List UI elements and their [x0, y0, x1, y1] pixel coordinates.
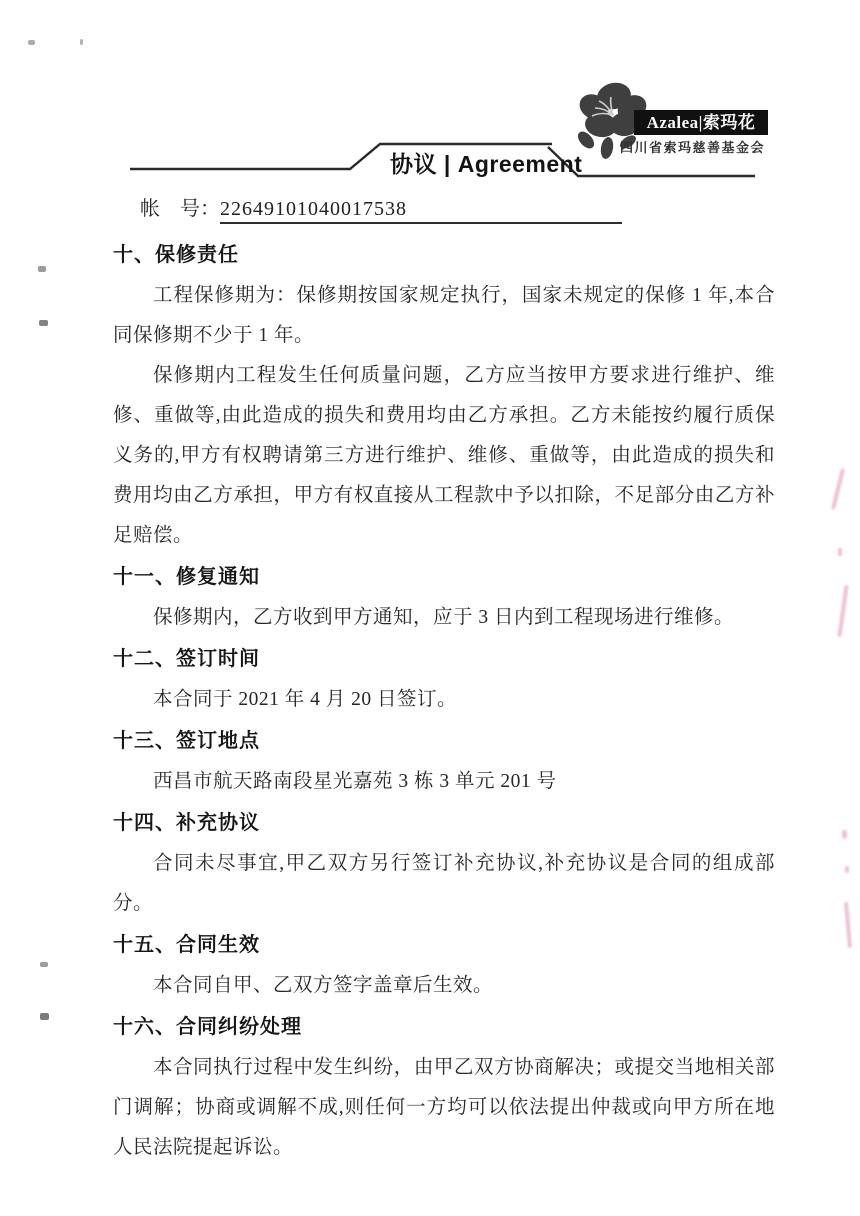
- scan-speck: [40, 1013, 49, 1020]
- account-number: 22649101040017538: [220, 198, 622, 224]
- red-bleed-mark: [831, 468, 845, 510]
- section-paragraph: 本合同于 2021 年 4 月 20 日签订。: [113, 680, 775, 720]
- logo-org-name: 四川省索玛慈善基金会: [620, 137, 770, 156]
- scan-speck: [80, 39, 83, 45]
- document-title: 协议 | Agreement: [390, 146, 582, 179]
- red-bleed-mark: [845, 866, 849, 873]
- section-10: 十、保修责任 工程保修期为：保修期按国家规定执行，国家未规定的保修 1 年,本合…: [113, 235, 775, 556]
- section-paragraph: 保修期内工程发生任何质量问题，乙方应当按甲方要求进行维护、维修、重做等,由此造成…: [113, 356, 775, 556]
- red-bleed-mark: [842, 830, 847, 839]
- section-paragraph: 保修期内，乙方收到甲方通知，应于 3 日内到工程现场进行维修。: [113, 598, 775, 638]
- scan-speck: [39, 320, 48, 326]
- red-bleed-mark: [837, 585, 848, 637]
- section-heading: 十五、合同生效: [113, 925, 775, 966]
- logo-name-bar: Azalea|索玛花: [634, 110, 768, 135]
- section-paragraph: 西昌市航天路南段星光嘉苑 3 栋 3 单元 201 号: [113, 762, 775, 802]
- scan-speck: [40, 962, 48, 967]
- section-heading: 十二、签订时间: [113, 639, 775, 680]
- section-15: 十五、合同生效 本合同自甲、乙双方签字盖章后生效。: [113, 925, 775, 1006]
- account-label: 帐 号：: [140, 198, 220, 220]
- section-14: 十四、补充协议 合同未尽事宜,甲乙双方另行签订补充协议,补充协议是合同的组成部分…: [113, 803, 775, 924]
- scan-speck: [28, 40, 35, 45]
- section-heading: 十三、签订地点: [113, 721, 775, 762]
- section-heading: 十四、补充协议: [113, 803, 775, 844]
- section-11: 十一、修复通知 保修期内，乙方收到甲方通知，应于 3 日内到工程现场进行维修。: [113, 557, 775, 638]
- account-row: 帐 号：22649101040017538: [140, 192, 622, 224]
- section-heading: 十六、合同纠纷处理: [113, 1007, 775, 1048]
- section-heading: 十、保修责任: [113, 235, 775, 276]
- section-12: 十二、签订时间 本合同于 2021 年 4 月 20 日签订。: [113, 639, 775, 720]
- section-paragraph: 本合同自甲、乙双方签字盖章后生效。: [113, 966, 775, 1006]
- section-16: 十六、合同纠纷处理 本合同执行过程中发生纠纷，由甲乙双方协商解决；或提交当地相关…: [113, 1007, 775, 1168]
- section-13: 十三、签订地点 西昌市航天路南段星光嘉苑 3 栋 3 单元 201 号: [113, 721, 775, 802]
- section-paragraph: 本合同执行过程中发生纠纷，由甲乙双方协商解决；或提交当地相关部门调解；协商或调解…: [113, 1048, 775, 1168]
- contract-page: 协议 | Agreement Azalea|索玛花 四川省索玛慈善基金会: [0, 0, 860, 1216]
- foundation-logo: Azalea|索玛花 四川省索玛慈善基金会: [570, 80, 770, 164]
- section-paragraph: 工程保修期为：保修期按国家规定执行，国家未规定的保修 1 年,本合同保修期不少于…: [113, 276, 775, 356]
- section-paragraph: 合同未尽事宜,甲乙双方另行签订补充协议,补充协议是合同的组成部分。: [113, 844, 775, 924]
- red-bleed-mark: [844, 902, 852, 948]
- section-heading: 十一、修复通知: [113, 557, 775, 598]
- contract-body: 十、保修责任 工程保修期为：保修期按国家规定执行，国家未规定的保修 1 年,本合…: [113, 234, 775, 1168]
- red-bleed-mark: [838, 548, 842, 556]
- scan-speck: [38, 266, 46, 272]
